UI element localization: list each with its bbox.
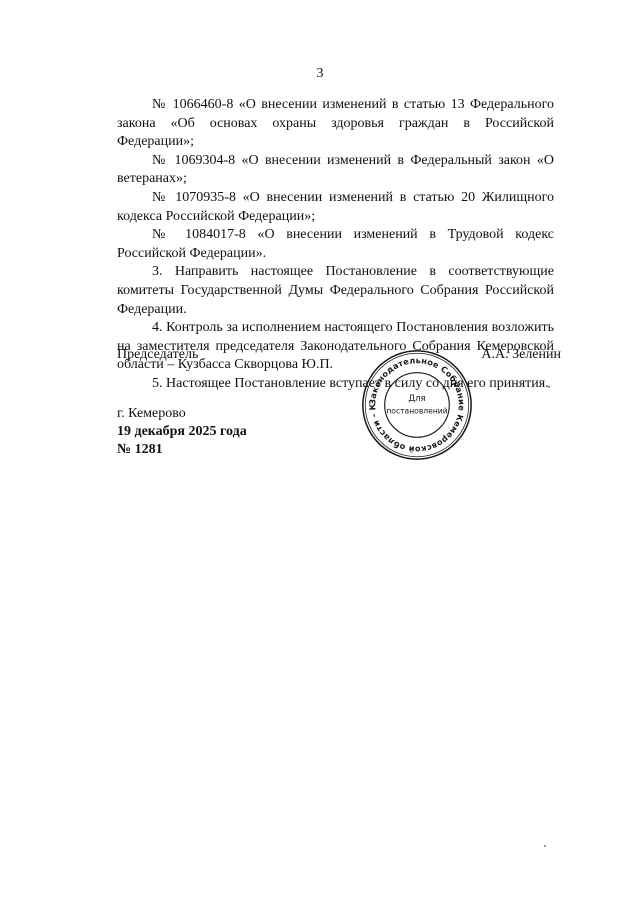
page-number: 3 xyxy=(0,66,640,82)
law-item-1084017: № 1084017-8 «О внесении изменений в Труд… xyxy=(117,226,554,263)
document-number: № 1281 xyxy=(117,441,247,459)
clause-3: 3. Направить настоящее Постановление в с… xyxy=(117,263,554,319)
scan-speck xyxy=(544,845,546,847)
stamp-center-line2: постановлений xyxy=(386,407,447,416)
stamp-center-line1: Для xyxy=(408,394,425,404)
clause-5: 5. Настоящее Постановление вступает в си… xyxy=(117,375,554,394)
stamp-seal-icon: Законодательное Собрание Кемеровской обл… xyxy=(360,348,474,462)
law-item-1066460: № 1066460-8 «О внесении изменений в стат… xyxy=(117,96,554,152)
official-stamp: Законодательное Собрание Кемеровской обл… xyxy=(360,348,474,462)
document-footer: г. Кемерово 19 декабря 2025 года № 1281 xyxy=(117,405,247,459)
law-item-1069304: № 1069304-8 «О внесении изменений в Феде… xyxy=(117,152,554,189)
law-item-1070935: № 1070935-8 «О внесении изменений в стат… xyxy=(117,189,554,226)
city: г. Кемерово xyxy=(117,405,247,423)
signatory-name: А.А. Зеленин xyxy=(481,347,561,363)
scan-speck xyxy=(548,386,550,388)
signatory-title: Председатель xyxy=(117,347,198,363)
document-date: 19 декабря 2025 года xyxy=(117,423,247,441)
